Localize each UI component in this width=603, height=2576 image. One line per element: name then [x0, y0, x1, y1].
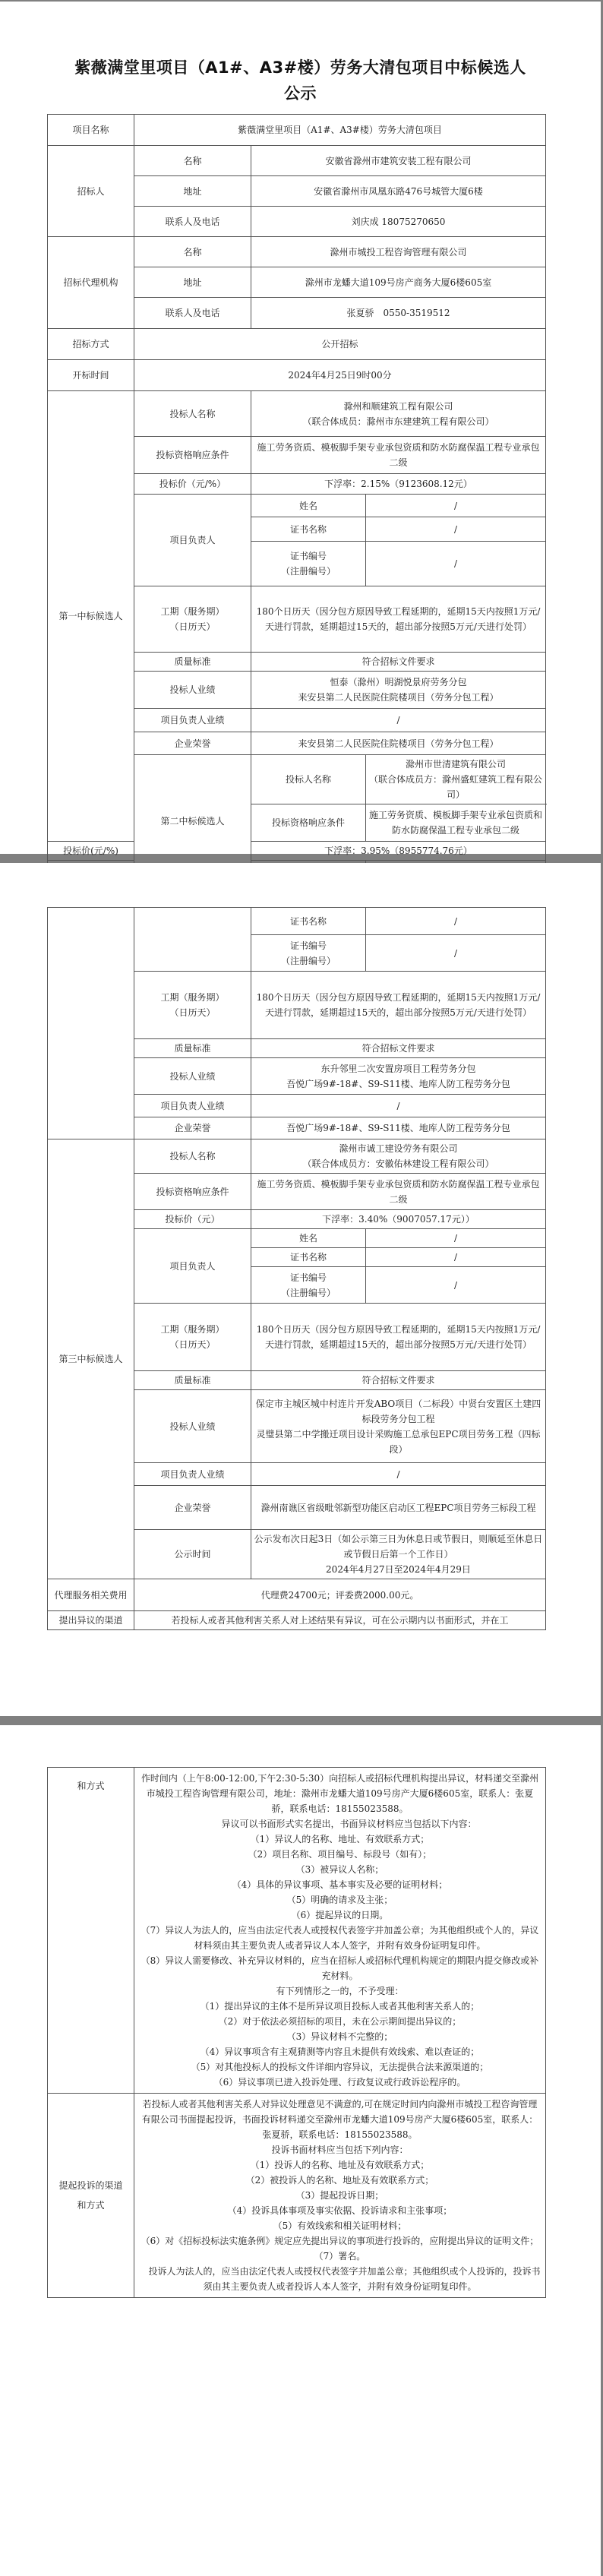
period-line-1: 工期（服务期） [137, 990, 248, 1005]
objection-item: （5）明确的请求及主张； [139, 1892, 541, 1908]
tenderer-name-label: 名称 [134, 146, 251, 176]
page-2: 证书名称 / 证书编号 （注册编号） / 工期（服务期） （日历天） 180个日… [0, 863, 601, 1716]
objection-item: （4）具体的异议事项、基本事实及必要的证明材料； [139, 1877, 541, 1892]
candidate3-label: 第三中标候选人 [48, 1139, 134, 1579]
c1-cert-name-label: 证书名称 [251, 517, 366, 542]
reject-item: （6）异议事项已进入投诉处理、行政复议或行政诉讼程序的。 [139, 2075, 541, 2090]
c1-period-label: 工期（服务期） （日历天） [134, 586, 251, 653]
reject-item: （1）提出异议的主体不是所异议项目投标人或者其他利害关系人的； [139, 1999, 541, 2014]
c2-period-label: 工期（服务期） （日历天） [134, 972, 251, 1039]
c2-bidder-name-label: 投标人名称 [251, 755, 366, 804]
tenderer-contact-label: 联系人及电话 [134, 207, 251, 237]
c2-cert-name: / [366, 908, 546, 935]
objection-content: 作时间内（上午8:00-12:00,下午2:30-5:30）向招标人或招标代理机… [134, 1768, 546, 2094]
c3-qualification-label: 投标资格响应条件 [134, 1174, 251, 1210]
objection-reject-intro: 有下列情形之一的，不予受理： [139, 1983, 541, 1999]
c3-bidder-name: 滁州市诚工建设劳务有限公司 （联合体成员方：安徽佑林建设工程有限公司） [251, 1139, 546, 1174]
c3-price-label: 投标价（元） [134, 1210, 251, 1229]
period-line-1: 工期（服务期） [137, 604, 248, 619]
c3-manager-perf: / [251, 1463, 546, 1486]
complaint-list-intro: 投诉书面材料应当包括下列内容： [139, 2142, 541, 2157]
c1-price: 下浮率：2.15%（9123608.12元） [251, 474, 546, 495]
complaint-item: （5）有效线索和相关证明材料； [139, 2218, 541, 2233]
publicity-value: 公示发布次日起3日（如公示第三日为休息日或节假日，则顺延至休息日或节假日后第一个… [251, 1530, 546, 1579]
c1-period: 180个日历天（因分包方原因导致工程延期的，延期15天内按照1万元/天进行罚款，… [251, 586, 546, 653]
opening-time-label: 开标时间 [48, 360, 134, 391]
c2-bidder-name-member: （联合体成员方：滁州盛虹建筑工程有限公司） [368, 772, 543, 802]
c2-perf-item: 吾悦广场9#-18#、S9-S11楼、地库人防工程劳务分包 [254, 1076, 543, 1092]
c2-period: 180个日历天（因分包方原因导致工程延期的，延期15天内按照1万元/天进行罚款，… [251, 972, 546, 1039]
c1-bidder-name-label: 投标人名称 [134, 391, 251, 437]
objection-label-continued: 和方式 [48, 1768, 134, 2094]
objection-item: （1）异议人的名称、地址、有效联系方式； [139, 1832, 541, 1847]
c2-quality: 符合招标文件要求 [251, 1039, 546, 1058]
c2-price: 下浮率：3.95%（8955774.76元） [251, 842, 546, 861]
c1-perf-item: 恒泰（滁州）明湖悦景府劳务分包 [254, 675, 543, 690]
c1-qualification: 施工劳务资质、模板脚手架专业承包资质和防水防腐保温工程专业承包二级 [251, 437, 546, 474]
c3-period: 180个日历天（因分包方原因导致工程延期的，延期15天内按照1万元/天进行罚款，… [251, 1304, 546, 1371]
project-name-value: 紫薇满堂里项目（A1#、A3#楼）劳务大清包项目 [134, 115, 546, 146]
c1-bidder-perf: 恒泰（滁州）明湖悦景府劳务分包 来安县第二人民医院住院楼项目（劳务分包工程） [251, 672, 546, 709]
c2-quality-label: 质量标准 [134, 1039, 251, 1058]
c1-manager-label: 项目负责人 [134, 495, 251, 586]
c1-cert-no-label: 证书编号 （注册编号） [251, 542, 366, 586]
complaint-label-line-2: 和方式 [50, 2195, 131, 2215]
c3-honor: 滁州南谯区省级毗邻新型功能区启动区工程EPC项目劳务三标段工程 [251, 1486, 546, 1530]
c1-person-name: / [366, 495, 546, 517]
c2-perf-item: 东升邻里二次安置房项目工程劳务分包 [254, 1061, 543, 1076]
c1-perf-item: 来安县第二人民医院住院楼项目（劳务分包工程） [254, 690, 543, 705]
c3-bidder-name-main: 滁州市诚工建设劳务有限公司 [254, 1141, 543, 1156]
c1-manager-perf: / [251, 709, 546, 732]
c2-cert-name-label: 证书名称 [251, 908, 366, 935]
c2-honor: 吾悦广场9#-18#、S9-S11楼、地库人防工程劳务分包 [251, 1117, 546, 1139]
c2-bidder-name: 滁州市世清建筑有限公司 （联合体成员方：滁州盛虹建筑工程有限公司） [366, 755, 546, 804]
complaint-label-line-1: 提起投诉的渠道 [50, 2176, 131, 2195]
candidate1-label: 第一中标候选人 [48, 391, 134, 842]
c1-honor: 来安县第二人民医院住院楼项目（劳务分包工程） [251, 732, 546, 755]
result-table-part-3: 和方式 作时间内（上午8:00-12:00,下午2:30-5:30）向招标人或招… [47, 1767, 546, 2298]
agency-address-label: 地址 [134, 267, 251, 298]
method-label: 招标方式 [48, 329, 134, 360]
c3-perf-item: 保定市主城区城中村连片开发ABO项目（二标段）中贤台安置区土建四标段劳务分包工程 [254, 1396, 543, 1427]
c3-manager-label: 项目负责人 [134, 1229, 251, 1304]
objection-intro: 异议可以书面形式实名提出，书面异议材料应当包括以下内容： [139, 1816, 541, 1832]
complaint-item: （7）署名。 [139, 2249, 541, 2264]
c3-bidder-perf: 保定市主城区城中村连片开发ABO项目（二标段）中贤台安置区土建四标段劳务分包工程… [251, 1390, 546, 1463]
c1-bidder-name-main: 滁州和顺建筑工程有限公司 [254, 399, 543, 414]
page-3: 和方式 作时间内（上午8:00-12:00,下午2:30-5:30）向招标人或招… [0, 1725, 601, 2576]
c2-qualification-label: 投标资格响应条件 [251, 804, 366, 842]
c2-bidder-name-main: 滁州市世清建筑有限公司 [368, 757, 543, 772]
c1-cert-name: / [366, 517, 546, 542]
c1-quality-label: 质量标准 [134, 653, 251, 672]
cert-no-line: 证书编号 [254, 548, 363, 564]
complaint-item: （1）投诉人的名称、地址及有效联系方式； [139, 2157, 541, 2173]
publicity-rule: 公示发布次日起3日（如公示第三日为休息日或节假日，则顺延至休息日或节假日后第一个… [254, 1531, 543, 1562]
c3-perf-item: 灵璧县第二中学搬迁项目设计采购施工总承包EPC项目劳务工程（四标段） [254, 1427, 543, 1457]
c2-price-label: 投标价(元/%) [48, 842, 134, 861]
objection-first-line: 若投标人或者其他利害关系人对上述结果有异议，可在公示期内以书面形式，并在工 [134, 1611, 546, 1630]
fees-label: 代理服务相关费用 [48, 1579, 134, 1611]
c2-cert-no-label: 证书编号 （注册编号） [251, 935, 366, 972]
c2-bidder-perf: 东升邻里二次安置房项目工程劳务分包 吾悦广场9#-18#、S9-S11楼、地库人… [251, 1058, 546, 1095]
tenderer-address: 安徽省滁州市凤凰东路476号城管大厦6楼 [251, 176, 546, 207]
title-line-1: 紫薇满堂里项目（A1#、A3#楼）劳务大清包项目中标候选人 [0, 55, 601, 81]
complaint-intro: 若投标人或者其他利害关系人对异议处理意见不满意的,可在规定时间内向滁州市城投工程… [139, 2097, 541, 2142]
objection-item: （3）被异议人名称； [139, 1862, 541, 1877]
complaint-item: （6）对《招标投标法实施条例》规定应先提出异议的事项进行投诉的，应附提出异议的证… [139, 2233, 541, 2249]
complaint-item: （4）投诉具体事项及事实依据、投诉请求和主张事项； [139, 2203, 541, 2218]
agency-contact-label: 联系人及电话 [134, 298, 251, 329]
objection-item: （6）提起异议的日期。 [139, 1908, 541, 1923]
document-viewer: 紫薇满堂里项目（A1#、A3#楼）劳务大清包项目中标候选人 公示 项目名称 紫薇… [0, 0, 603, 2576]
project-name-label: 项目名称 [48, 115, 134, 146]
c1-bidder-perf-label: 投标人业绩 [134, 672, 251, 709]
reject-item: （2）对于依法必须招标的项目，未在公示期间提出异议的； [139, 2014, 541, 2029]
agency-address: 滁州市龙蟠大道109号房产商务大厦6楼605室 [251, 267, 546, 298]
reg-no-line: （注册编号） [254, 953, 363, 969]
cert-no-line: 证书编号 [254, 1270, 363, 1285]
c1-honor-label: 企业荣誉 [134, 732, 251, 755]
c2-manager-perf-label: 项目负责人业绩 [134, 1095, 251, 1117]
c1-cert-no: / [366, 542, 546, 586]
c2-honor-label: 企业荣誉 [134, 1117, 251, 1139]
complaint-content: 若投标人或者其他利害关系人对异议处理意见不满意的,可在规定时间内向滁州市城投工程… [134, 2094, 546, 2298]
page-separator [0, 1716, 601, 1725]
c3-bidder-name-member: （联合体成员方：安徽佑林建设工程有限公司） [254, 1156, 543, 1171]
agency-name-label: 名称 [134, 237, 251, 267]
c2-qualification: 施工劳务资质、模板脚手架专业承包资质和防水防腐保温工程专业承包二级 [366, 804, 546, 842]
c2-bidder-perf-label: 投标人业绩 [134, 1058, 251, 1095]
title-line-2: 公示 [0, 81, 601, 106]
c3-qualification: 施工劳务资质、模板脚手架专业承包资质和防水防腐保温工程专业承包二级 [251, 1174, 546, 1210]
period-line-2: （日历天） [137, 619, 248, 634]
complaint-item: （2）被投诉人的名称、地址及有效联系方式； [139, 2173, 541, 2188]
complaint-label: 提起投诉的渠道 和方式 [48, 2094, 134, 2298]
agency-label: 招标代理机构 [48, 237, 134, 329]
fees-value: 代理费24700元；评委费2000.00元。 [134, 1579, 546, 1611]
method-value: 公开招标 [134, 329, 546, 360]
c1-bidder-name-member: （联合体成员：滁州市东建建筑工程有限公司） [254, 414, 543, 429]
c3-cert-name: / [366, 1248, 546, 1267]
c3-quality-label: 质量标准 [134, 1371, 251, 1390]
opening-time-value: 2024年4月25日9时00分 [134, 360, 546, 391]
agency-contact: 张夏骄 0550-3519512 [251, 298, 546, 329]
complaint-item: （3）提起投诉日期； [139, 2188, 541, 2203]
c3-period-label: 工期（服务期） （日历天） [134, 1304, 251, 1371]
publicity-label: 公示时间 [134, 1530, 251, 1579]
objection-item: （2）项目名称、项目编号、标段号（如有）； [139, 1847, 541, 1862]
reg-no-line: （注册编号） [254, 564, 363, 579]
publicity-dates: 2024年4月27日至2024年4月29日 [254, 1562, 543, 1577]
period-line-2: （日历天） [137, 1337, 248, 1352]
c3-honor-label: 企业荣誉 [134, 1486, 251, 1530]
c3-cert-no: / [366, 1267, 546, 1304]
result-table-part-2: 证书名称 / 证书编号 （注册编号） / 工期（服务期） （日历天） 180个日… [47, 907, 546, 1630]
reg-no-line: （注册编号） [254, 1285, 363, 1301]
complaint-closing: 投诉人为法人的，应当由法定代表人或授权代表签字并加盖公章；其他组织或个人投诉的，… [139, 2264, 541, 2294]
c3-price: 下浮率：3.40%（9007057.17元）） [251, 1210, 546, 1229]
cert-no-line: 证书编号 [254, 938, 363, 953]
tenderer-address-label: 地址 [134, 176, 251, 207]
period-line-1: 工期（服务期） [137, 1322, 248, 1337]
c1-bidder-name: 滁州和顺建筑工程有限公司 （联合体成员：滁州市东建建筑工程有限公司） [251, 391, 546, 437]
c3-person-name: / [366, 1229, 546, 1248]
c3-person-name-label: 姓名 [251, 1229, 366, 1248]
c1-manager-perf-label: 项目负责人业绩 [134, 709, 251, 732]
c3-quality: 符合招标文件要求 [251, 1371, 546, 1390]
c3-bidder-perf-label: 投标人业绩 [134, 1390, 251, 1463]
agency-name: 滁州市城投工程咨询管理有限公司 [251, 237, 546, 267]
c1-qualification-label: 投标资格响应条件 [134, 437, 251, 474]
objection-submission-info: 作时间内（上午8:00-12:00,下午2:30-5:30）向招标人或招标代理机… [139, 1771, 541, 1816]
objection-item: （7）异议人为法人的，应当由法定代表人或授权代表签字并加盖公章；为其他组织或个人… [139, 1923, 541, 1953]
c2-cert-no: / [366, 935, 546, 972]
c2-manager-continued [134, 908, 251, 972]
result-table-part-1: 项目名称 紫薇满堂里项目（A1#、A3#楼）劳务大清包项目 招标人 名称 安徽省… [47, 114, 546, 888]
reject-item: （5）对其他投标人的投标文件详细内容异议，无法提供合法来源渠道的； [139, 2059, 541, 2075]
c3-manager-perf-label: 项目负责人业绩 [134, 1463, 251, 1486]
tenderer-contact: 刘庆成 18075270650 [251, 207, 546, 237]
objection-label: 提出异议的渠道 [48, 1611, 134, 1630]
c2-manager-perf: / [251, 1095, 546, 1117]
c3-bidder-name-label: 投标人名称 [134, 1139, 251, 1174]
c1-person-name-label: 姓名 [251, 495, 366, 517]
tenderer-label: 招标人 [48, 146, 134, 237]
page-1: 紫薇满堂里项目（A1#、A3#楼）劳务大清包项目中标候选人 公示 项目名称 紫薇… [0, 2, 601, 854]
reject-item: （4）异议事项含有主观猜测等内容且未提供有效线索、难以查证的； [139, 2044, 541, 2059]
c3-cert-name-label: 证书名称 [251, 1248, 366, 1267]
tenderer-name: 安徽省滁州市建筑安装工程有限公司 [251, 146, 546, 176]
c1-price-label: 投标价（元/%） [134, 474, 251, 495]
reject-item: （3）异议材料不完整的； [139, 2029, 541, 2044]
objection-item: （8）异议人需要修改、补充异议材料的，应当在招标人或招标代理机构规定的期限内提交… [139, 1953, 541, 1983]
period-line-2: （日历天） [137, 1005, 248, 1020]
candidate2-continued [48, 908, 134, 1139]
c3-cert-no-label: 证书编号 （注册编号） [251, 1267, 366, 1304]
page-title: 紫薇满堂里项目（A1#、A3#楼）劳务大清包项目中标候选人 公示 [0, 2, 601, 106]
c1-quality: 符合招标文件要求 [251, 653, 546, 672]
